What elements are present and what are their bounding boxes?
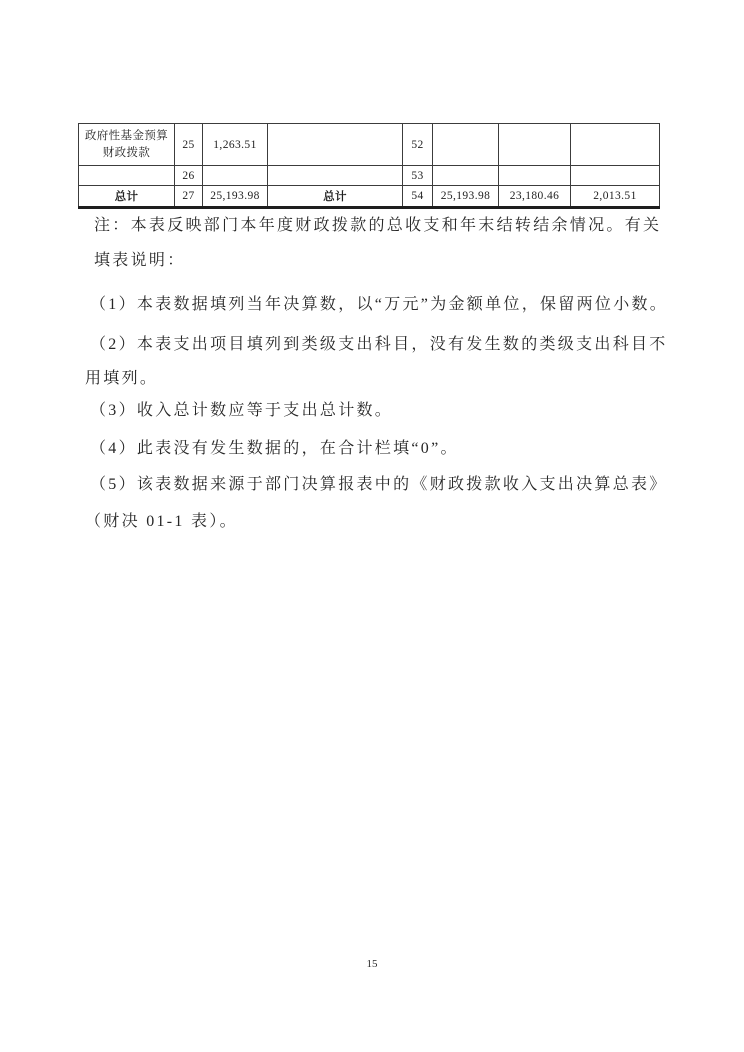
note-item-2: （2）本表支出项目填列到类级支出科目，没有发生数的类级支出科目不 xyxy=(90,337,668,353)
note-item-5-continued: （财决 01-1 表）。 xyxy=(85,514,238,530)
expense-line-no: 53 xyxy=(403,166,433,186)
note-item-4: （4）此表没有发生数据的，在合计栏填“0”。 xyxy=(90,441,459,457)
expense-total-amount-1: 25,193.98 xyxy=(433,186,499,208)
income-item-label: 政府性基金预算 财政拨款 xyxy=(79,124,175,166)
expense-total-line-no: 54 xyxy=(403,186,433,208)
note-item-2-continued: 用填列。 xyxy=(85,371,158,387)
income-amount: 1,263.51 xyxy=(203,124,268,166)
expense-amount-3 xyxy=(571,166,660,186)
income-amount xyxy=(203,166,268,186)
expense-line-no: 52 xyxy=(403,124,433,166)
table-row: 26 53 xyxy=(79,166,660,186)
income-total-amount: 25,193.98 xyxy=(203,186,268,208)
expense-amount-2 xyxy=(499,166,571,186)
income-item-label xyxy=(79,166,175,186)
note-item-5: （5）该表数据来源于部门决算报表中的《财政拨款收入支出决算总表》 xyxy=(90,477,668,493)
note-item-1: （1）本表数据填列当年决算数，以“万元”为金额单位，保留两位小数。 xyxy=(90,297,668,313)
table-total-row: 总计 27 25,193.98 总计 54 25,193.98 23,180.4… xyxy=(79,186,660,208)
table-row: 政府性基金预算 财政拨款 25 1,263.51 52 xyxy=(79,124,660,166)
expense-item-label xyxy=(268,166,403,186)
note-intro-line: 填表说明： xyxy=(94,253,186,269)
income-line-no: 25 xyxy=(175,124,203,166)
expense-total-label: 总计 xyxy=(268,186,403,208)
income-total-label: 总计 xyxy=(79,186,175,208)
expense-amount-1 xyxy=(433,124,499,166)
page-number: 15 xyxy=(0,958,744,970)
expense-amount-3 xyxy=(571,124,660,166)
expense-total-amount-2: 23,180.46 xyxy=(499,186,571,208)
income-item-label-line1: 政府性基金预算 xyxy=(81,128,172,145)
expense-amount-2 xyxy=(499,124,571,166)
income-item-label-line2: 财政拨款 xyxy=(81,145,172,162)
income-line-no: 26 xyxy=(175,166,203,186)
note-intro-line: 注：本表反映部门本年度财政拨款的总收支和年末结转结余情况。有关 xyxy=(94,218,661,234)
expense-amount-1 xyxy=(433,166,499,186)
expense-item-label xyxy=(268,124,403,166)
income-total-line-no: 27 xyxy=(175,186,203,208)
expense-total-amount-3: 2,013.51 xyxy=(571,186,660,208)
note-item-3: （3）收入总计数应等于支出总计数。 xyxy=(90,403,393,419)
document-page: 政府性基金预算 财政拨款 25 1,263.51 52 26 53 xyxy=(0,0,744,1052)
fiscal-appropriation-table: 政府性基金预算 财政拨款 25 1,263.51 52 26 53 xyxy=(78,123,660,209)
